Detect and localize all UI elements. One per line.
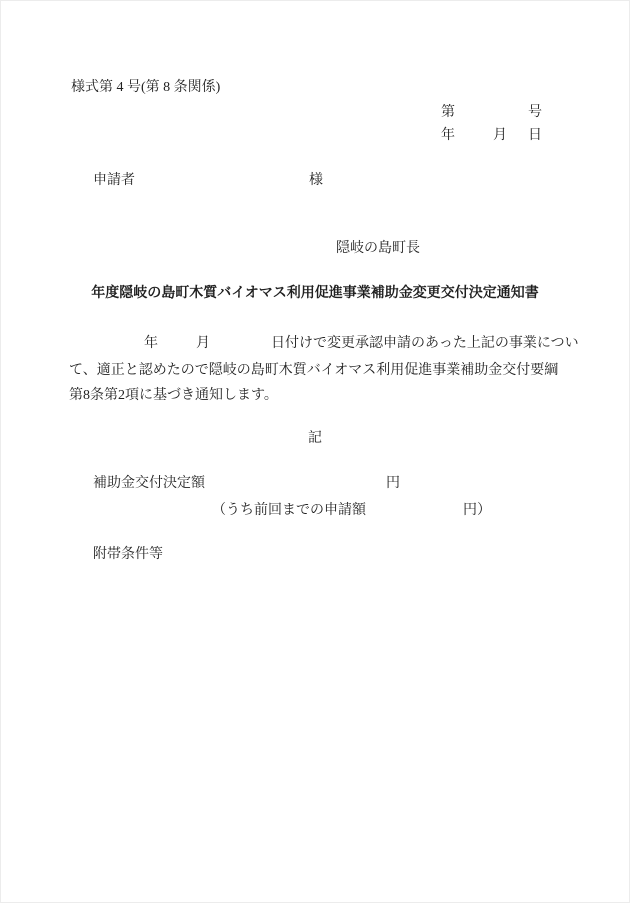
body-year-label: 年 bbox=[144, 335, 158, 353]
date-day-label: 日 bbox=[528, 127, 542, 145]
document-title: 年度隠岐の島町木質バイオマス利用促進事業補助金変更交付決定通知書 bbox=[1, 285, 629, 303]
document-page: 様式第 4 号(第 8 条関係) 第 号 年 月 日 申請者 様 隠岐の島町長 … bbox=[0, 0, 630, 903]
doc-number-suffix: 号 bbox=[528, 104, 542, 122]
date-year-label: 年 bbox=[441, 127, 455, 145]
body-line-3: 第8条第2項に基づき通知します。 bbox=[69, 387, 278, 405]
body-month-label: 月 bbox=[196, 335, 210, 353]
previous-amount-unit: 円） bbox=[463, 502, 491, 520]
doc-number-prefix: 第 bbox=[441, 104, 455, 122]
issuer-label: 隠岐の島町長 bbox=[336, 240, 420, 258]
conditions-label: 附帯条件等 bbox=[93, 546, 163, 564]
form-number-label: 様式第 4 号(第 8 条関係) bbox=[71, 79, 220, 97]
grant-amount-label: 補助金交付決定額 bbox=[93, 475, 205, 493]
applicant-honorific: 様 bbox=[309, 172, 323, 190]
record-heading: 記 bbox=[1, 430, 629, 448]
previous-amount-label: （うち前回までの申請額 bbox=[212, 502, 366, 520]
body-line-1-text: 日付けで変更承認申請のあった上記の事業につい bbox=[271, 335, 579, 353]
body-line-2: て、適正と認めたので隠岐の島町木質バイオマス利用促進事業補助金交付要綱 bbox=[69, 362, 558, 380]
date-month-label: 月 bbox=[493, 127, 507, 145]
applicant-label: 申請者 bbox=[93, 172, 135, 190]
grant-amount-unit: 円 bbox=[386, 475, 400, 493]
